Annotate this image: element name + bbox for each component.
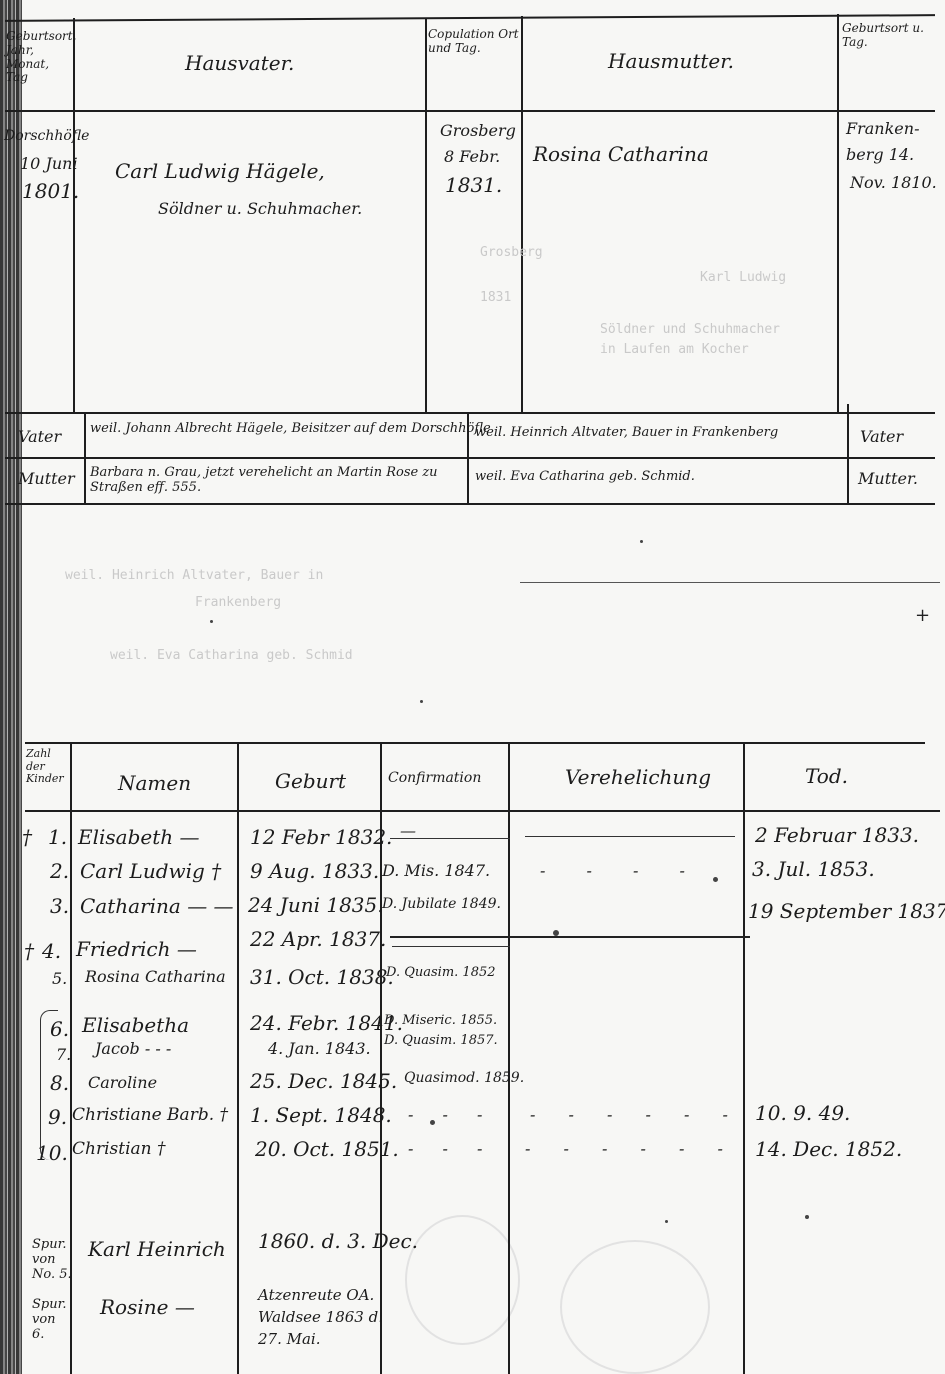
header-child-marriage: Verehelichung <box>565 766 711 789</box>
upper-table-top-border <box>5 14 935 22</box>
child-2-marriage: - - - - <box>540 862 703 880</box>
marriage-place: Grosberg <box>440 122 516 140</box>
header-marriage: Copulation Ort und Tag. <box>428 28 520 56</box>
book-binding-edge <box>0 0 22 1374</box>
child-2-birth: 9 Aug. 1833. <box>250 860 379 883</box>
ink-speck <box>665 1220 668 1223</box>
middle-rule <box>520 582 940 583</box>
child-10-birth: 20. Oct. 1851. <box>255 1138 399 1161</box>
extra-row-2-birth: Atzenreute OA. Waldsee 1863 d. 27. Mai. <box>258 1285 388 1350</box>
husband-birthplace-line-1: Dorschhöfle <box>4 128 89 144</box>
header-wife: Hausmutter. <box>608 50 734 73</box>
child-4-name: Friedrich — <box>76 938 197 961</box>
faded-seal-stamp <box>405 1215 520 1345</box>
child-1-marriage-rule <box>525 836 735 837</box>
marriage-year: 1831. <box>445 174 502 197</box>
child-7-name: Jacob - - - <box>95 1040 171 1058</box>
mother-label-right: Mutter. <box>858 470 918 488</box>
parents-middle-border <box>5 457 935 459</box>
wife-name: Rosina Catharina <box>533 143 709 166</box>
ink-speck <box>640 540 643 543</box>
husband-occupation: Söldner u. Schuhmacher. <box>158 200 362 218</box>
husband-birthplace-line-3: 1801. <box>22 180 79 203</box>
row-3-separator-rule <box>390 936 750 938</box>
upper-header-bottom-border <box>5 110 935 112</box>
children-col-divider-5 <box>743 742 745 1374</box>
child-8-confirmation: Quasimod. 1859. <box>404 1070 524 1086</box>
child-1-birth: 12 Febr 1832. <box>250 826 392 849</box>
child-9-death: 10. 9. 49. <box>755 1102 850 1125</box>
faded-print-text: 1831 <box>480 290 511 305</box>
child-6-birth: 24. Febr. 1841. <box>250 1012 403 1035</box>
faded-seal-stamp-2 <box>560 1240 710 1374</box>
faded-print-text: Frankenberg <box>195 595 281 610</box>
cross-mark-icon: + <box>915 605 930 626</box>
register-page: Geburtsort, Jahr, Monat, Tag Hausvater. … <box>0 0 945 1374</box>
upper-col-divider-1 <box>73 18 75 413</box>
husband-name: Carl Ludwig Hägele, <box>115 160 325 183</box>
child-4-birth: 22 Apr. 1837. <box>250 928 386 951</box>
wife-birthplace-line-1: Franken- <box>846 120 919 138</box>
extra-row-2-name: Rosine — <box>100 1296 195 1319</box>
child-3-confirmation: D. Jubilate 1849. <box>382 896 501 912</box>
header-husband: Hausvater. <box>185 52 294 75</box>
children-table-top-border <box>25 742 925 744</box>
child-4-mark: † <box>24 940 34 963</box>
children-col-divider-2 <box>237 742 239 1374</box>
child-8-name: Caroline <box>88 1074 157 1092</box>
children-col-divider-4 <box>508 742 510 1374</box>
parents-col-divider-right <box>847 404 849 504</box>
wife-mother: weil. Eva Catharina geb. Schmid. <box>475 470 695 485</box>
extra-row-1-number: Spur. von No. 5. <box>32 1238 72 1283</box>
child-1-death: 2 Februar 1833. <box>755 824 919 847</box>
child-10-death: 14. Dec. 1852. <box>755 1138 902 1161</box>
child-2-death: 3. Jul. 1853. <box>752 858 875 881</box>
child-8-birth: 25. Dec. 1845. <box>250 1070 397 1093</box>
ink-speck <box>210 620 213 623</box>
father-label-left: Vater <box>18 428 61 446</box>
header-child-birth: Geburt <box>275 770 346 793</box>
child-7-birth: 4. Jan. 1843. <box>268 1040 371 1058</box>
extra-row-2-number: Spur. von 6. <box>32 1298 72 1343</box>
child-9-confirmation: - - - <box>408 1106 494 1124</box>
wife-birthplace-line-2: berg 14. <box>846 146 914 164</box>
faded-print-text: in Laufen am Kocher <box>600 342 749 357</box>
child-3-birth: 24 Juni 1835. <box>248 894 384 917</box>
ink-speck <box>553 930 559 936</box>
child-5-name: Rosina Catharina <box>85 968 226 986</box>
ink-speck <box>430 1120 435 1125</box>
child-1-confirmation-rule <box>390 838 510 839</box>
faded-print-text: weil. Heinrich Altvater, Bauer in <box>65 568 323 583</box>
child-1-number: 1. <box>48 826 67 849</box>
child-4-confirmation-rule <box>392 946 510 947</box>
husband-birthplace-line-2: 10 Juni <box>20 155 78 173</box>
extra-row-1-name: Karl Heinrich <box>88 1238 226 1261</box>
faded-print-text: weil. Eva Catharina geb. Schmid <box>110 648 353 663</box>
ink-speck <box>805 1215 809 1219</box>
child-9-birth: 1. Sept. 1848. <box>250 1104 392 1127</box>
child-1-name: Elisabeth — <box>78 826 200 849</box>
wife-birthplace-line-3: Nov. 1810. <box>850 174 937 192</box>
child-2-name: Carl Ludwig † <box>80 860 221 883</box>
child-5-number: 5. <box>52 970 67 988</box>
ink-speck <box>420 700 423 703</box>
child-1-mark: † <box>22 826 32 849</box>
child-3-name: Catharina — — <box>80 895 234 918</box>
upper-col-divider-4 <box>837 14 839 413</box>
father-label-right: Vater <box>860 428 903 446</box>
marriage-date: 8 Febr. <box>444 148 500 166</box>
ink-speck <box>713 877 718 882</box>
child-5-birth: 31. Oct. 1838. <box>250 966 394 989</box>
header-husband-birth: Geburtsort, Jahr, Monat, Tag <box>6 30 72 85</box>
child-2-confirmation: D. Mis. 1847. <box>382 862 490 880</box>
header-child-confirmation: Confirmation <box>388 770 481 786</box>
mother-label-left: Mutter <box>18 470 75 488</box>
header-child-name: Namen <box>118 772 191 795</box>
child-6-name: Elisabetha <box>82 1014 189 1037</box>
child-7-number: 7. <box>56 1046 71 1064</box>
child-4-number: 4. <box>42 940 61 963</box>
children-header-bottom-border <box>25 810 940 812</box>
extra-row-1-birth: 1860. d. 3. Dec. <box>258 1230 418 1253</box>
husband-father: weil. Johann Albrecht Hägele, Beisitzer … <box>90 422 491 437</box>
child-9-marriage: - - - - - - <box>530 1106 742 1124</box>
faded-print-text: Grosberg <box>480 245 543 260</box>
child-10-name: Christian † <box>72 1140 166 1160</box>
child-10-marriage: - - - - - - <box>525 1140 737 1158</box>
wife-father: weil. Heinrich Altvater, Bauer in Franke… <box>475 426 778 441</box>
child-7-confirmation: D. Quasim. 1857. <box>384 1034 498 1049</box>
parents-bottom-border <box>5 503 935 505</box>
child-5-confirmation: D. Quasim. 1852 <box>386 966 496 981</box>
header-child-number: Zahl der Kinder <box>26 748 70 786</box>
header-wife-birth: Geburtsort u. Tag. <box>842 22 937 50</box>
upper-col-divider-3 <box>521 16 523 413</box>
upper-col-divider-2 <box>425 18 427 413</box>
parents-top-border <box>5 412 935 414</box>
rows-bracket <box>40 1010 58 1160</box>
header-child-death: Tod. <box>805 765 848 788</box>
parents-col-divider-left <box>84 412 86 504</box>
child-6-confirmation: D. Miseric. 1855. <box>384 1014 497 1029</box>
husband-mother: Barbara n. Grau, jetzt verehelicht an Ma… <box>90 466 465 496</box>
child-3-number: 3. <box>50 895 69 918</box>
child-3-death: 19 September 1837. <box>748 900 945 923</box>
child-9-name: Christiane Barb. † <box>72 1106 228 1126</box>
child-10-confirmation: - - - <box>408 1140 494 1158</box>
faded-print-text: Karl Ludwig <box>700 270 786 285</box>
child-2-number: 2. <box>50 860 69 883</box>
faded-print-text: Söldner und Schuhmacher <box>600 322 780 337</box>
